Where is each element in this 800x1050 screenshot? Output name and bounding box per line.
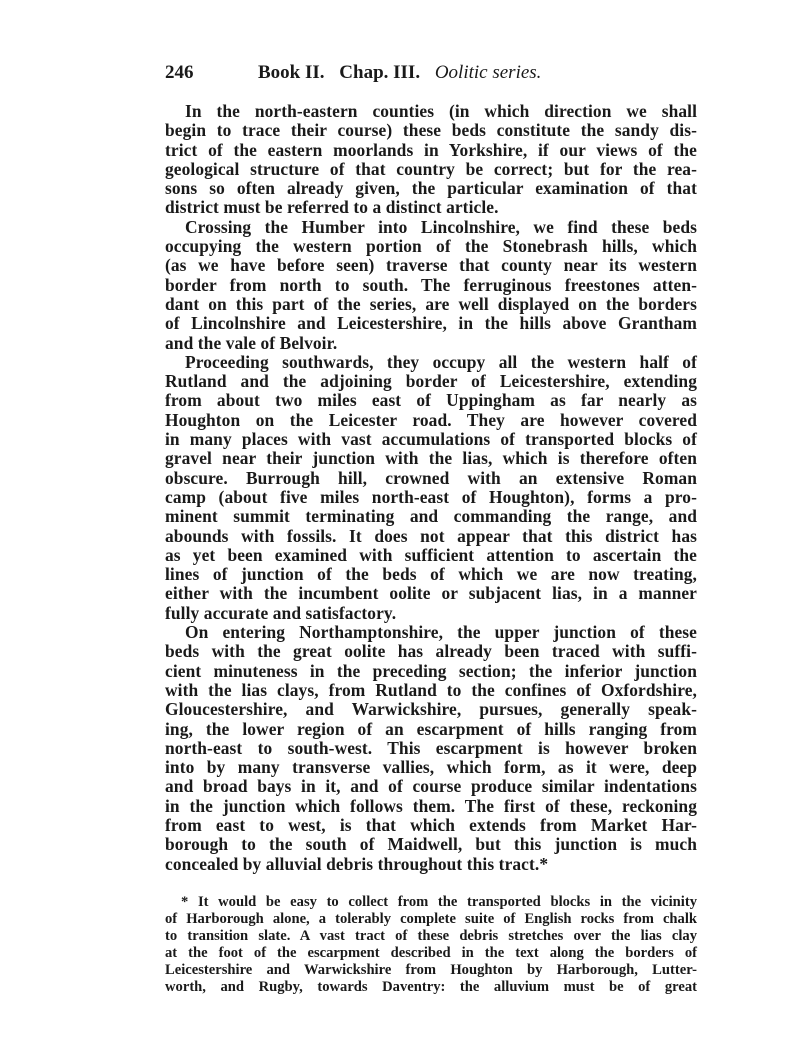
text-line: geological structure of that country be …: [165, 160, 697, 179]
text-line: gravel near their junction with the lias…: [165, 449, 697, 468]
text-line: from east to west, is that which extends…: [165, 816, 697, 835]
text-line: Rutland and the adjoining border of Leic…: [165, 372, 697, 391]
text-line: into by many transverse vallies, which f…: [165, 758, 697, 777]
text-line: On entering Northamptonshire, the upper …: [165, 623, 697, 642]
text-line: Gloucestershire, and Warwickshire, pursu…: [165, 700, 697, 719]
footnote-line: * It would be easy to collect from the t…: [165, 894, 697, 911]
text-line: cient minuteness in the preceding sectio…: [165, 662, 697, 681]
text-line: and the vale of Belvoir.: [165, 334, 697, 353]
text-line: Crossing the Humber into Lincolnshire, w…: [165, 218, 697, 237]
text-line: from about two miles east of Uppingham a…: [165, 391, 697, 410]
paragraph: On entering Northamptonshire, the upper …: [165, 623, 697, 874]
text-line: of Lincolnshire and Leicestershire, in t…: [165, 314, 697, 333]
text-line: borough to the south of Maidwell, but th…: [165, 835, 697, 854]
text-line: ing, the lower region of an escarpment o…: [165, 720, 697, 739]
footnote-line: to transition slate. A vast tract of the…: [165, 928, 697, 945]
paragraph: Crossing the Humber into Lincolnshire, w…: [165, 218, 697, 353]
text-line: concealed by alluvial debris throughout …: [165, 855, 697, 874]
text-line: and broad bays in it, and of course prod…: [165, 777, 697, 796]
chapter-label: Chap. III.: [339, 62, 420, 83]
text-line: as yet been examined with sufficient att…: [165, 546, 697, 565]
text-line: camp (about five miles north-east of Hou…: [165, 488, 697, 507]
text-line: Proceeding southwards, they occupy all t…: [165, 353, 697, 372]
paragraph: In the north-eastern counties (in which …: [165, 102, 697, 218]
text-line: trict of the eastern moorlands in Yorksh…: [165, 141, 697, 160]
footnote: * It would be easy to collect from the t…: [165, 894, 697, 996]
footnote-line: worth, and Rugby, towards Daventry: the …: [165, 979, 697, 996]
text-line: abounds with fossils. It does not appear…: [165, 527, 697, 546]
footnote-line: of Harborough alone, a tolerably complet…: [165, 911, 697, 928]
text-line: sons so often already given, the particu…: [165, 179, 697, 198]
text-line: obscure. Burrough hill, crowned with an …: [165, 469, 697, 488]
text-line: (as we have before seen) traverse that c…: [165, 256, 697, 275]
text-line: dant on this part of the series, are wel…: [165, 295, 697, 314]
body-text: In the north-eastern counties (in which …: [165, 102, 697, 874]
text-line: begin to trace their course) these beds …: [165, 121, 697, 140]
running-header: 246 Book II. Chap. III. Oolitic series.: [165, 62, 697, 88]
footnote-line: Leicestershire and Warwickshire from Hou…: [165, 962, 697, 979]
text-line: occupying the western portion of the Sto…: [165, 237, 697, 256]
footnote-line: at the foot of the escarpment described …: [165, 945, 697, 962]
text-line: lines of junction of the beds of which w…: [165, 565, 697, 584]
text-line: minent summit terminating and commanding…: [165, 507, 697, 526]
text-line: district must be referred to a distinct …: [165, 198, 697, 217]
book-label: Book II.: [258, 62, 325, 83]
text-line: in the junction which follows them. The …: [165, 797, 697, 816]
text-line: beds with the great oolite has already b…: [165, 642, 697, 661]
text-line: in many places with vast accumulations o…: [165, 430, 697, 449]
paragraph: Proceeding southwards, they occupy all t…: [165, 353, 697, 623]
text-line: Houghton on the Leicester road. They are…: [165, 411, 697, 430]
book-page: 246 Book II. Chap. III. Oolitic series. …: [165, 62, 697, 996]
series-title: Oolitic series.: [435, 62, 542, 83]
text-line: fully accurate and satisfactory.: [165, 604, 697, 623]
text-line: either with the incumbent oolite or subj…: [165, 584, 697, 603]
page-number: 246: [165, 62, 194, 84]
text-line: north-east to south-west. This escarpmen…: [165, 739, 697, 758]
text-line: border from north to south. The ferrugin…: [165, 276, 697, 295]
running-head: Book II. Chap. III. Oolitic series.: [258, 62, 541, 84]
text-line: In the north-eastern counties (in which …: [165, 102, 697, 121]
text-line: with the lias clays, from Rutland to the…: [165, 681, 697, 700]
